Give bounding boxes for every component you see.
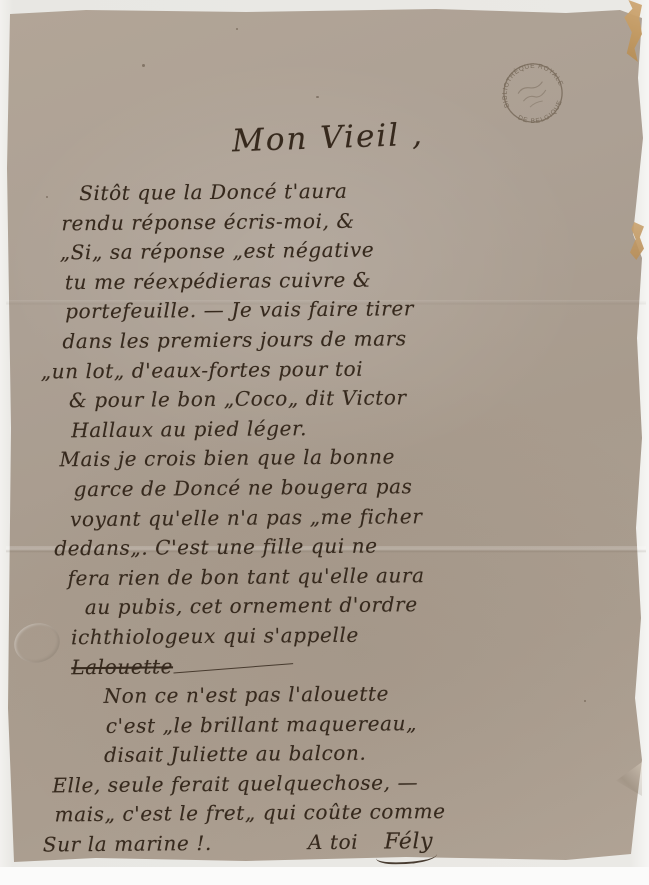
letter-line: au pubis, cet ornement d'ordre	[85, 589, 638, 623]
letter-body: Sitôt que la Doncé t'aura rendu réponse …	[9, 174, 640, 860]
stamp-text-top: BIBLIOTHÈQUE ROYALE	[491, 52, 564, 109]
paper-speck	[142, 64, 145, 67]
signature-lead: A toi	[308, 828, 359, 858]
letter-line: c'est „le brillant maquereau„	[106, 707, 639, 741]
svg-text:BIBLIOTHÈQUE ROYALE: BIBLIOTHÈQUE ROYALE	[491, 52, 564, 109]
paper-speck	[236, 28, 238, 30]
letter-line: garce de Doncé ne bougera pas	[74, 470, 637, 505]
struck-word: Lalouette	[71, 652, 173, 682]
library-ink-stamp: BIBLIOTHÈQUE ROYALE DE BELGIQUE	[490, 50, 576, 140]
salutation: Mon Vieil ,	[231, 117, 424, 160]
signature-name: Fély	[384, 827, 433, 857]
stamp-graphic: BIBLIOTHÈQUE ROYALE DE BELGIQUE	[490, 50, 576, 136]
stamp-center-mark	[523, 90, 548, 103]
stamp-text-bottom: DE BELGIQUE	[515, 97, 569, 132]
letter-line: Sitôt que la Doncé t'aura	[79, 174, 634, 208]
stamp-center-mark	[529, 100, 543, 107]
letter-line: disait Juliette au balcon.	[104, 737, 639, 771]
closing-phrase: Sur la marine !.	[43, 829, 212, 860]
paper-speck	[316, 96, 319, 98]
stamp-center-mark	[517, 81, 543, 94]
letter-line: Non ce n'est pas l'alouette	[103, 677, 638, 711]
svg-text:DE BELGIQUE: DE BELGIQUE	[515, 97, 569, 132]
letter-final-line: Sur la marine !. A toi Fély	[15, 825, 640, 860]
